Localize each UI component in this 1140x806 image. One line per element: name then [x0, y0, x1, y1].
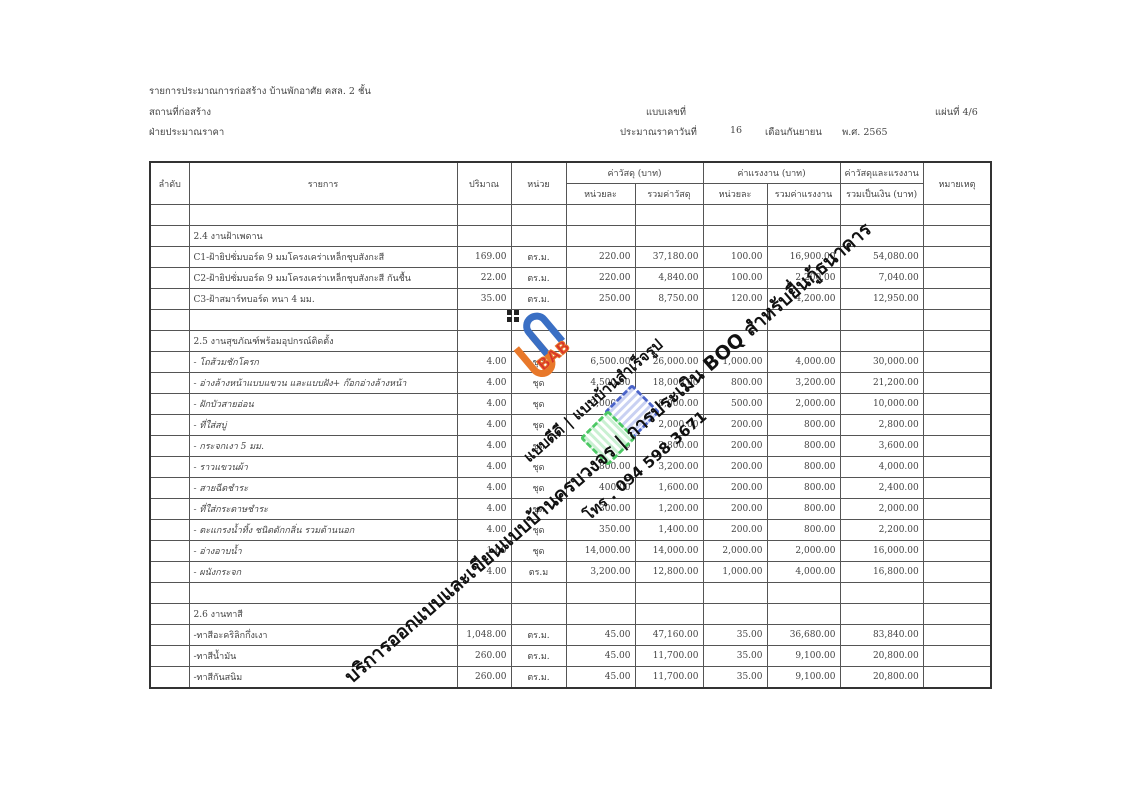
cell-m-unit	[566, 226, 635, 247]
cell-remark	[923, 373, 991, 394]
cell-qty: 4.00	[457, 499, 511, 520]
col-header-material-unit: หน่วยละ	[566, 184, 635, 205]
cell-no	[150, 373, 189, 394]
col-header-qty: ปริมาณ	[457, 162, 511, 205]
table-row: - อ่างอาบน้ำ1.00ชุด14,000.0014,000.002,0…	[150, 541, 991, 562]
cell-l-total	[767, 331, 840, 352]
cell-remark	[923, 499, 991, 520]
cell-item: -ทาสีกันสนิม	[189, 667, 457, 689]
cell-unit: ตร.ม.	[511, 247, 566, 268]
table-row: - ผนังกระจก4.00ตร.ม3,200.0012,800.001,00…	[150, 562, 991, 583]
cell-no	[150, 331, 189, 352]
cell-l-total: 9,100.00	[767, 667, 840, 689]
cell-m-total: 37,180.00	[635, 247, 703, 268]
cell-item: C3-ฝ้าสมาร์ทบอร์ด หนา 4 มม.	[189, 289, 457, 310]
cell-l-total: 9,100.00	[767, 646, 840, 667]
cell-qty: 4.00	[457, 457, 511, 478]
cell-no	[150, 625, 189, 646]
cell-remark	[923, 667, 991, 689]
cell-qty: 4.00	[457, 352, 511, 373]
cell-total: 20,800.00	[840, 646, 923, 667]
table-row: C1-ฝ้ายิปซั่มบอร์ด 9 มมโครงเคร่าเหล็กชุบ…	[150, 247, 991, 268]
cell-item: 2.4 งานฝ้าเพดาน	[189, 226, 457, 247]
cell-qty: 4.00	[457, 373, 511, 394]
cell-qty	[457, 331, 511, 352]
cell-no	[150, 499, 189, 520]
cell-m-unit: 220.00	[566, 247, 635, 268]
cell-qty	[457, 604, 511, 625]
cell-l-unit: 200.00	[703, 499, 767, 520]
cell-l-unit: 200.00	[703, 478, 767, 499]
cell-l-total: 800.00	[767, 478, 840, 499]
cell-l-total: 800.00	[767, 520, 840, 541]
cell-l-total: 2,000.00	[767, 394, 840, 415]
cell-qty: 35.00	[457, 289, 511, 310]
cell-total: 20,800.00	[840, 667, 923, 689]
cell-l-total: 800.00	[767, 436, 840, 457]
cell-unit: ตร.ม.	[511, 625, 566, 646]
cell-item: - อ่างอาบน้ำ	[189, 541, 457, 562]
cell-no	[150, 520, 189, 541]
cell-remark	[923, 394, 991, 415]
cell-qty: 260.00	[457, 667, 511, 689]
cell-unit	[511, 583, 566, 604]
cell-no	[150, 226, 189, 247]
col-header-no: ลำดับ	[150, 162, 189, 205]
cell-remark	[923, 247, 991, 268]
cell-item: - ราวแขวนผ้า	[189, 457, 457, 478]
cell-l-total: 800.00	[767, 457, 840, 478]
cell-no	[150, 562, 189, 583]
cell-qty: 4.00	[457, 478, 511, 499]
cell-item	[189, 310, 457, 331]
cell-m-total: 12,800.00	[635, 562, 703, 583]
cell-no	[150, 415, 189, 436]
site-label: สถานที่ก่อสร้าง	[149, 105, 211, 120]
cell-m-unit	[566, 583, 635, 604]
cell-remark	[923, 457, 991, 478]
col-header-labor-total: รวมค่าแรงงาน	[767, 184, 840, 205]
cell-l-unit	[703, 604, 767, 625]
cell-total	[840, 604, 923, 625]
cell-item: C1-ฝ้ายิปซั่มบอร์ด 9 มมโครงเคร่าเหล็กชุบ…	[189, 247, 457, 268]
cell-total: 2,400.00	[840, 478, 923, 499]
cell-total	[840, 583, 923, 604]
cell-l-unit: 35.00	[703, 625, 767, 646]
cell-total: 4,000.00	[840, 457, 923, 478]
cell-m-total	[635, 310, 703, 331]
cell-no	[150, 478, 189, 499]
cell-l-unit	[703, 583, 767, 604]
cell-qty	[457, 226, 511, 247]
cell-total: 30,000.00	[840, 352, 923, 373]
cell-item: C2-ฝ้ายิปซั่มบอร์ด 9 มมโครงเคร่าเหล็กชุบ…	[189, 268, 457, 289]
cell-unit: ตร.ม.	[511, 667, 566, 689]
cell-m-total	[635, 604, 703, 625]
cell-m-unit: 14,000.00	[566, 541, 635, 562]
cell-l-total: 800.00	[767, 415, 840, 436]
cell-item: - โถส้วมชักโครก	[189, 352, 457, 373]
cell-m-total: 4,840.00	[635, 268, 703, 289]
cell-item: 2.5 งานสุขภัณฑ์พร้อมอุปกรณ์ติดตั้ง	[189, 331, 457, 352]
section-row: 2.6 งานทาสี	[150, 604, 991, 625]
col-header-labor-unit: หน่วยละ	[703, 184, 767, 205]
cell-m-total: 47,160.00	[635, 625, 703, 646]
cell-l-unit	[703, 205, 767, 226]
cell-no	[150, 289, 189, 310]
cell-m-total: 14,000.00	[635, 541, 703, 562]
cell-remark	[923, 436, 991, 457]
col-header-unit: หน่วย	[511, 162, 566, 205]
cell-l-unit: 200.00	[703, 520, 767, 541]
cell-unit: ตร.ม.	[511, 646, 566, 667]
col-group-labor: ค่าแรงงาน (บาท)	[703, 162, 840, 184]
cell-total: 16,000.00	[840, 541, 923, 562]
cell-no	[150, 310, 189, 331]
table-row: -ทาสีกันสนิม260.00ตร.ม.45.0011,700.0035.…	[150, 667, 991, 689]
cell-l-total: 36,680.00	[767, 625, 840, 646]
cell-remark	[923, 415, 991, 436]
cell-m-unit: 250.00	[566, 289, 635, 310]
cell-total: 21,200.00	[840, 373, 923, 394]
cell-l-unit: 200.00	[703, 415, 767, 436]
cell-total: 2,000.00	[840, 499, 923, 520]
cell-l-total	[767, 604, 840, 625]
table-row: -ทาสีน้ำมัน260.00ตร.ม.45.0011,700.0035.0…	[150, 646, 991, 667]
cell-remark	[923, 310, 991, 331]
cell-remark	[923, 646, 991, 667]
price-day: 16	[730, 125, 742, 136]
cell-remark	[923, 583, 991, 604]
cell-qty: 260.00	[457, 646, 511, 667]
cell-remark	[923, 331, 991, 352]
table-row: -ทาสีอะคริลิกกึ่งเงา1,048.00ตร.ม.45.0047…	[150, 625, 991, 646]
cell-total: 10,000.00	[840, 394, 923, 415]
cell-no	[150, 268, 189, 289]
col-header-grand-total: รวมเป็นเงิน (บาท)	[840, 184, 923, 205]
cell-item: - ตะแกรงน้ำทิ้ง ชนิดดักกลิ่น รวมด้านนอก	[189, 520, 457, 541]
cell-item: - กระจกเงา 5 มม.	[189, 436, 457, 457]
document-title: รายการประมาณการก่อสร้าง บ้านพักอาศัย คสล…	[149, 84, 371, 99]
cell-l-total: 2,000.00	[767, 541, 840, 562]
blank-row	[150, 583, 991, 604]
cell-remark	[923, 205, 991, 226]
drawing-no-label: แบบเลขที่	[646, 105, 686, 120]
cell-m-unit: 220.00	[566, 268, 635, 289]
cell-remark	[923, 604, 991, 625]
cell-item: - ที่ใส่สบู่	[189, 415, 457, 436]
cell-remark	[923, 352, 991, 373]
cell-item: - ผนังกระจก	[189, 562, 457, 583]
cell-l-unit: 500.00	[703, 394, 767, 415]
table-row: C3-ฝ้าสมาร์ทบอร์ด หนา 4 มม.35.00ตร.ม.250…	[150, 289, 991, 310]
cell-l-unit: 200.00	[703, 457, 767, 478]
cell-no	[150, 604, 189, 625]
boq-body: 2.4 งานฝ้าเพดานC1-ฝ้ายิปซั่มบอร์ด 9 มมโค…	[150, 205, 991, 689]
cell-m-total: 1,200.00	[635, 499, 703, 520]
cell-m-unit: 45.00	[566, 625, 635, 646]
cell-total	[840, 331, 923, 352]
table-row: C2-ฝ้ายิปซั่มบอร์ด 9 มมโครงเคร่าเหล็กชุบ…	[150, 268, 991, 289]
estimator-label: ฝ่ายประมาณราคา	[149, 125, 224, 140]
cell-l-total: 4,000.00	[767, 352, 840, 373]
cell-unit	[511, 604, 566, 625]
cell-unit	[511, 205, 566, 226]
cell-remark	[923, 541, 991, 562]
cell-l-unit: 100.00	[703, 268, 767, 289]
cell-item: - ฝักบัวสายอ่อน	[189, 394, 457, 415]
cell-no	[150, 394, 189, 415]
cell-m-total	[635, 583, 703, 604]
cell-item: - ที่ใส่กระดาษชำระ	[189, 499, 457, 520]
cell-unit: ตร.ม	[511, 562, 566, 583]
cell-remark	[923, 562, 991, 583]
cell-qty: 4.00	[457, 415, 511, 436]
cell-total: 7,040.00	[840, 268, 923, 289]
cell-total: 2,200.00	[840, 520, 923, 541]
cell-total: 83,840.00	[840, 625, 923, 646]
cell-no	[150, 247, 189, 268]
cell-item	[189, 205, 457, 226]
cell-no	[150, 583, 189, 604]
cell-l-unit: 35.00	[703, 667, 767, 689]
cell-no	[150, 436, 189, 457]
col-header-item: รายการ	[189, 162, 457, 205]
table-row: - ตะแกรงน้ำทิ้ง ชนิดดักกลิ่น รวมด้านนอก4…	[150, 520, 991, 541]
cell-l-total	[767, 205, 840, 226]
cell-unit: ชุด	[511, 394, 566, 415]
bab-logo: BAB	[505, 308, 581, 378]
cell-m-total: 1,400.00	[635, 520, 703, 541]
cell-m-unit: 3,200.00	[566, 562, 635, 583]
cell-remark	[923, 289, 991, 310]
cell-l-unit: 2,000.00	[703, 541, 767, 562]
table-row: - กระจกเงา 5 มม.4.00ชุด700.002,800.00200…	[150, 436, 991, 457]
cell-l-unit: 35.00	[703, 646, 767, 667]
cell-unit: ตร.ม.	[511, 289, 566, 310]
col-group-material: ค่าวัสดุ (บาท)	[566, 162, 703, 184]
cell-l-total: 4,000.00	[767, 562, 840, 583]
cell-remark	[923, 625, 991, 646]
cell-qty: 22.00	[457, 268, 511, 289]
cell-m-total: 11,700.00	[635, 646, 703, 667]
cell-no	[150, 352, 189, 373]
cell-qty: 169.00	[457, 247, 511, 268]
cell-l-total	[767, 583, 840, 604]
cell-m-unit: 45.00	[566, 667, 635, 689]
cell-no	[150, 646, 189, 667]
cell-m-unit	[566, 205, 635, 226]
col-header-remark: หมายเหตุ	[923, 162, 991, 205]
cell-remark	[923, 268, 991, 289]
cell-unit: ตร.ม.	[511, 268, 566, 289]
cell-m-unit: 45.00	[566, 646, 635, 667]
cell-l-unit: 1,000.00	[703, 562, 767, 583]
cell-m-total: 8,750.00	[635, 289, 703, 310]
cell-item: - อ่างล้างหน้าแบบแขวน และแบบฝัง+ ก๊อกอ่า…	[189, 373, 457, 394]
cell-remark	[923, 226, 991, 247]
sheet-number: แผ่นที่ 4/6	[935, 105, 978, 120]
cell-qty: 4.00	[457, 394, 511, 415]
cell-item: -ทาสีน้ำมัน	[189, 646, 457, 667]
cell-unit	[511, 226, 566, 247]
cell-total: 12,950.00	[840, 289, 923, 310]
cell-qty: 4.00	[457, 436, 511, 457]
col-group-grand: ค่าวัสดุและแรงงาน	[840, 162, 923, 184]
cell-no	[150, 541, 189, 562]
cell-m-total	[635, 226, 703, 247]
cell-remark	[923, 478, 991, 499]
cell-item: - สายฉีดชำระ	[189, 478, 457, 499]
price-year: พ.ศ. 2565	[842, 125, 888, 140]
cell-total: 2,800.00	[840, 415, 923, 436]
cell-qty	[457, 310, 511, 331]
cell-l-total: 3,200.00	[767, 373, 840, 394]
cell-m-unit	[566, 604, 635, 625]
price-month: เดือนกันยายน	[765, 125, 822, 140]
cell-m-unit: 350.00	[566, 520, 635, 541]
cell-l-total: 800.00	[767, 499, 840, 520]
cell-m-total: 11,700.00	[635, 667, 703, 689]
cell-no	[150, 205, 189, 226]
cell-total	[840, 310, 923, 331]
cell-no	[150, 457, 189, 478]
cell-no	[150, 667, 189, 689]
col-header-material-total: รวมค่าวัสดุ	[635, 184, 703, 205]
cell-qty: 1,048.00	[457, 625, 511, 646]
price-date-label: ประมาณราคาวันที่	[620, 125, 697, 140]
cell-total: 3,600.00	[840, 436, 923, 457]
cell-l-unit	[703, 226, 767, 247]
cell-qty	[457, 205, 511, 226]
cell-remark	[923, 520, 991, 541]
cell-l-unit: 100.00	[703, 247, 767, 268]
cell-m-total	[635, 205, 703, 226]
cell-l-unit: 200.00	[703, 436, 767, 457]
cell-total: 16,800.00	[840, 562, 923, 583]
